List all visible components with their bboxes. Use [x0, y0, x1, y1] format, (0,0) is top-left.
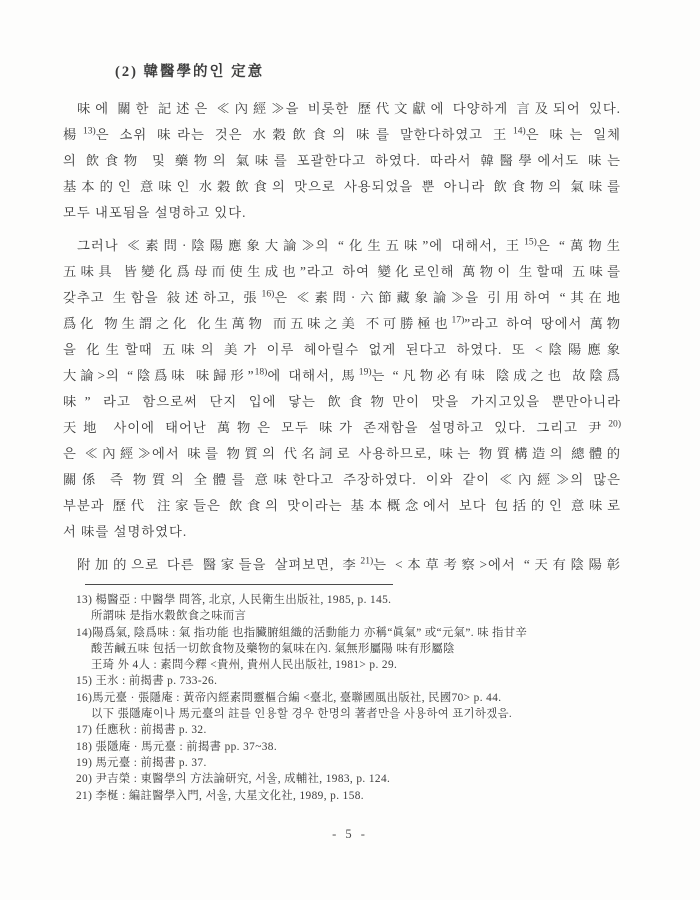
body-line: 基本的인 意味인 水穀飲食의 맛으로 사용되었을 뿐 아니라 飲食物의 氣味를: [63, 174, 621, 200]
footnote-line: 15) 王氷 : 前揭書 p. 733-26.: [76, 673, 621, 689]
document-page: (2) 韓醫學的인 定意 味에 關한 記述은 ≪內經≫을 비롯한 歷代文獻에 다…: [0, 0, 700, 900]
body-line: 楊13)은 소위 味라는 것은 水穀飲食의 味를 말한다하였고 王14)은 味는…: [63, 122, 621, 148]
body-line: 서 味를 설명하였다.: [63, 519, 621, 545]
body-line: 부분과 歷代 注家들은 飲食의 맛이라는 基本概念에서 보다 包括的인 意味로: [63, 493, 621, 519]
body-line: 天地 사이에 태어난 萬物은 모두 味가 존재함을 설명하고 있다. 그리고 尹…: [63, 415, 621, 441]
footnote-line: 王琦 外 4人 : 素問今釋 <貴州, 貴州人民出版社, 1981> p. 29…: [76, 657, 621, 673]
body-line: 五味具 皆變化爲母而使生成也”라고 하여 變化로인해 萬物이 生할때 五味를: [63, 259, 621, 285]
body-line: 을 化生할때 五味의 美가 이루 헤아릴수 없게 된다고 하였다. 또 <陰陽應…: [63, 337, 621, 363]
page-number: - 5 -: [0, 827, 700, 842]
paragraph: 附加的으로 다른 醫家들을 살펴보면, 李21)는 <本草考察>에서 “天有陰陽…: [63, 552, 621, 578]
footnote-line: 酸苦鹹五味 包括一切飲食物及藥物的氣味在內. 氣無形屬陽 味有形屬陰: [76, 641, 621, 657]
body-line: 갖추고 生함을 敍述하고, 張16)은 ≪素問·六節藏象論≫을 引用하여 “其在…: [63, 285, 621, 311]
body-line: 大論>의 “陰爲味 味歸形”18)에 대해서, 馬19)는 “凡物必有味 陰成之…: [63, 363, 621, 389]
body-line: 味에 關한 記述은 ≪內經≫을 비롯한 歷代文獻에 다양하게 言及되어 있다.: [63, 96, 621, 122]
footnote-line: 以下 張隱庵이나 馬元臺의 註를 인용할 경우 한명의 著者만을 사용하여 표기…: [76, 706, 621, 722]
body-text: 味에 關한 記述은 ≪內經≫을 비롯한 歷代文獻에 다양하게 言及되어 있다.楊…: [63, 96, 621, 578]
footnote-line: 17) 任應秋 : 前揭書 p. 32.: [76, 722, 621, 738]
footnote-line: 19) 馬元臺 : 前揭書 p. 37.: [76, 755, 621, 771]
footnote-line: 18) 張隱庵 · 馬元臺 : 前揭書 pp. 37~38.: [76, 739, 621, 755]
footnote-line: 16)馬元臺 · 張隱庵 : 黃帝內經素問靈樞合編 <臺北, 臺聯國風出版社, …: [76, 690, 621, 706]
body-line: 의 飲食物 및 藥物의 氣味를 포괄한다고 하였다. 따라서 韓醫學에서도 味는: [63, 148, 621, 174]
section-heading: (2) 韓醫學的인 定意: [115, 60, 264, 81]
footnote-line: 所謂味 是指水穀飲食之味而言: [76, 608, 621, 624]
body-line: 모두 내포됨을 설명하고 있다.: [63, 200, 621, 226]
body-line: 그러나 ≪素問·陰陽應象大論≫의 “化生五味”에 대해서, 王15)은 “萬物生: [63, 233, 621, 259]
body-line: 爲化 物生謂之化 化生萬物 而五味之美 不可勝極也17)”라고 하여 땅에서 萬…: [63, 311, 621, 337]
body-line: 은 ≪內經≫에서 味를 物質의 代名詞로 사용하므로, 味는 物質構造의 總體的: [63, 441, 621, 467]
footnote-line: 20) 尹吉榮 : 東醫學의 方法論研究, 서울, 成輔社, 1983, p. …: [76, 771, 621, 787]
footnote-separator: [85, 584, 393, 585]
footnote-line: 21) 李梴 : 編註醫學入門, 서울, 大星文化社, 1989, p. 158…: [76, 788, 621, 804]
footnote-line: 14)陽爲氣, 陰爲味 : 氣 指功能 也指臟腑組織的活動能力 亦稱“眞氣” 或…: [76, 625, 621, 641]
paragraph: 味에 關한 記述은 ≪內經≫을 비롯한 歷代文獻에 다양하게 言及되어 있다.楊…: [63, 96, 621, 226]
body-line: 附加的으로 다른 醫家들을 살펴보면, 李21)는 <本草考察>에서 “天有陰陽…: [63, 552, 621, 578]
body-line: 關係 즉 物質의 全體를 意味한다고 주장하였다. 이와 같이 ≪內經≫의 많은: [63, 467, 621, 493]
body-line: 味” 라고 함으로써 단지 입에 닿는 飲食物만이 맛을 가지고있을 뿐만아니라: [63, 389, 621, 415]
footnote-line: 13) 楊醫亞 : 中醫學 問答, 北京, 人民衛生出版社, 1985, p. …: [76, 592, 621, 608]
footnotes-block: 13) 楊醫亞 : 中醫學 問答, 北京, 人民衛生出版社, 1985, p. …: [76, 592, 621, 804]
paragraph: 그러나 ≪素問·陰陽應象大論≫의 “化生五味”에 대해서, 王15)은 “萬物生…: [63, 233, 621, 545]
